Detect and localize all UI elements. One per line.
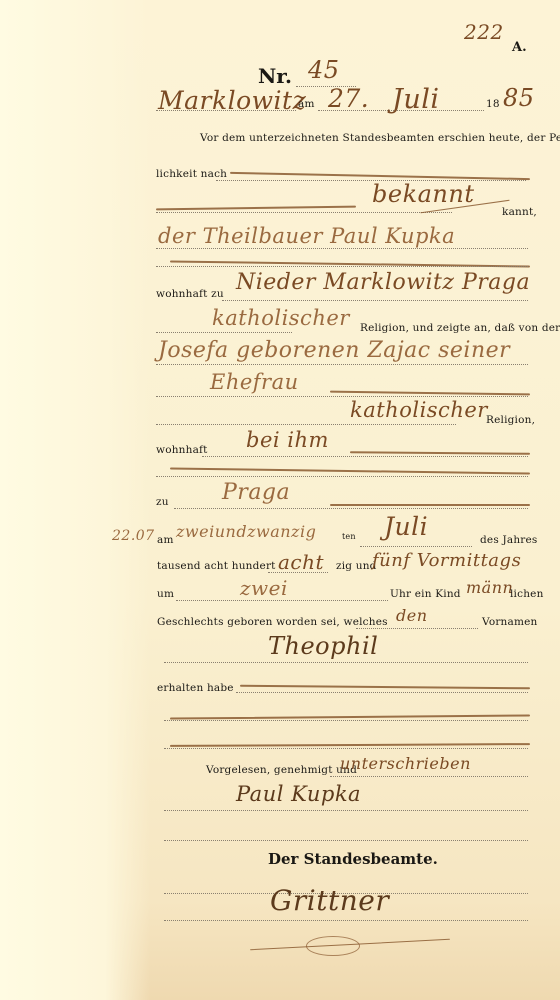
margin-note: 22.07 bbox=[112, 528, 155, 544]
known-value: bekannt bbox=[372, 180, 474, 208]
residence-label-2: wohnhaft bbox=[156, 444, 208, 456]
official-signature: Grittner bbox=[270, 884, 389, 917]
religion-label-1: Religion, und zeigte an, daß von der bbox=[360, 322, 560, 334]
form-letter: A. bbox=[512, 40, 527, 55]
year-suffix: 85 bbox=[503, 84, 535, 112]
religion-value-1: katholischer bbox=[212, 306, 350, 330]
tausend-label: tausend acht hundert bbox=[157, 560, 276, 572]
ten-label: ten bbox=[342, 532, 356, 541]
intro-line-2: lichkeit nach bbox=[156, 168, 227, 180]
mother-line-1: Josefa geborenen Zajac seiner bbox=[158, 338, 510, 363]
intro-line-1: Vor dem unterzeichneten Standesbeamten e… bbox=[200, 132, 560, 144]
year-tens: acht bbox=[278, 550, 324, 574]
date-day: 27. bbox=[328, 84, 369, 113]
vorgelesen-label: Vorgelesen, genehmigt und bbox=[206, 764, 357, 776]
religion-value-2: katholischer bbox=[350, 398, 488, 422]
lichen-label: lichen bbox=[510, 588, 544, 600]
record-number: 45 bbox=[308, 56, 340, 84]
zig-label: zig und bbox=[336, 560, 377, 572]
declarant-signature: Paul Kupka bbox=[236, 782, 361, 806]
child-name: Theophil bbox=[268, 632, 378, 660]
um-label: um bbox=[157, 588, 174, 600]
uhr-label: Uhr ein Kind bbox=[390, 588, 461, 600]
official-title: Der Standesbeamte. bbox=[268, 850, 438, 868]
declarant-name: der Theilbauer Paul Kupka bbox=[158, 224, 455, 248]
hour-value: zwei bbox=[240, 576, 288, 600]
date-month: Juli bbox=[392, 84, 439, 115]
jahres-label: des Jahres bbox=[480, 534, 538, 546]
archive-number: 222 bbox=[464, 20, 504, 44]
residence-label: wohnhaft zu bbox=[156, 288, 224, 300]
year-units: fünf Vormittags bbox=[372, 550, 521, 571]
residence-value-2: bei ihm bbox=[246, 428, 329, 452]
welches-value: den bbox=[396, 606, 428, 625]
nr-label: Nr. bbox=[258, 64, 292, 88]
zu-label: zu bbox=[156, 496, 169, 508]
civil-registry-birth-record: 222 A. Nr. 45 Marklowitz am 27. Juli 18 … bbox=[0, 0, 560, 1000]
am-label: am bbox=[298, 98, 315, 110]
page-margin bbox=[0, 0, 150, 1000]
signed-value: unterschrieben bbox=[340, 754, 471, 773]
erhalten-label: erhalten habe bbox=[157, 682, 234, 694]
zu-value: Praga bbox=[222, 480, 290, 505]
year-prefix: 18 bbox=[486, 98, 500, 110]
geschlechts-label: Geschlechts geboren worden sei, welches bbox=[157, 616, 388, 628]
kannt-label: kannt, bbox=[502, 206, 537, 218]
sex-value: männ bbox=[466, 578, 513, 597]
residence-value: Nieder Marklowitz Praga bbox=[236, 270, 530, 295]
am-label-2: am bbox=[157, 534, 174, 546]
religion-label-2: Religion, bbox=[486, 414, 535, 426]
vornamen-label: Vornamen bbox=[482, 616, 538, 628]
signature-flourish bbox=[306, 936, 360, 956]
birth-day: zweiundzwanzig bbox=[176, 522, 316, 541]
mother-line-2: Ehefrau bbox=[210, 370, 299, 394]
birth-month: Juli bbox=[384, 512, 428, 541]
